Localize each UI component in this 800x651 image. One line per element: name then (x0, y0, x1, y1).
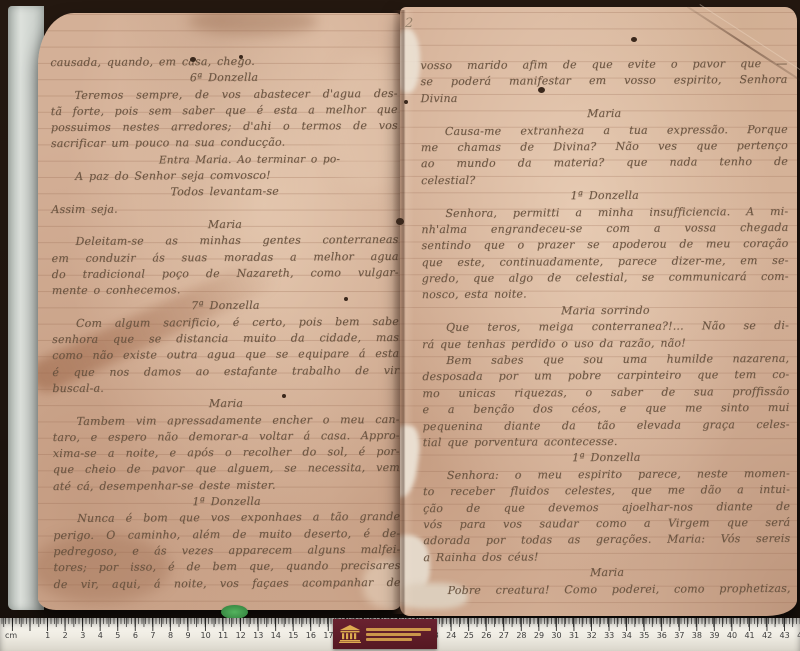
ruler-number: 12 (232, 631, 250, 640)
ruler-number: 15 (285, 631, 303, 640)
manuscript-line: em conduzir ás suas moradas a melhor agu… (52, 249, 399, 267)
ruler-number: 41 (741, 631, 759, 640)
manuscript-line: Que teros, meiga conterranea?!... Não se… (422, 318, 789, 337)
ruler-number: 9 (179, 631, 197, 640)
ruler-number: 37 (671, 631, 689, 640)
ruler-number: 1 (39, 631, 57, 640)
page-number: 2 (405, 16, 413, 31)
ruler-number: 25 (460, 631, 478, 640)
green-sticker (221, 605, 248, 619)
ruler-number: 36 (653, 631, 671, 640)
left-page-text: causada, quando, em casa, chego. 6ª Donz… (50, 53, 400, 593)
manuscript-line: do tradicional poço de Nazareth, como vu… (52, 265, 399, 283)
ruler-number: 24 (442, 631, 460, 640)
ruler-number: 34 (618, 631, 636, 640)
manuscript-line: se poderá manifestar em vosso espirito, … (420, 72, 787, 91)
logo-text-lines (366, 628, 431, 641)
ruler-number: 14 (267, 631, 285, 640)
manuscript-line: de vir, aqui, á noite, vos façaes acompa… (54, 574, 401, 592)
ruler-number: 4 (92, 631, 110, 640)
library-logo (333, 619, 437, 649)
manuscript-line: ao mundo da materia? que nada tenho de (421, 154, 788, 173)
right-page-text: vosso marido afim de que evite o pavor q… (420, 56, 790, 599)
manuscript-line: Deleitam-se as minhas gentes conterranea… (51, 232, 398, 250)
ruler-number: 29 (530, 631, 548, 640)
manuscript-line: que cheio de pavor que alguem, se necess… (53, 460, 400, 478)
manuscript-line: desposada por um pobre carpinteiro que t… (422, 367, 789, 386)
manuscript-right-page: 2 vosso marido afim de que evite o pavor… (400, 7, 797, 616)
ruler-number: 3 (74, 631, 92, 640)
torn-paper-patch (400, 29, 420, 93)
ruler-number: 32 (583, 631, 601, 640)
paper-stain (188, 13, 318, 35)
ruler-number: 11 (214, 631, 232, 640)
manuscript-line: adorada por todas as gerações. Maria: Vó… (423, 531, 790, 550)
manuscript-line: pequenina diante da tão elevada graça ce… (423, 416, 790, 435)
ruler-number: 30 (548, 631, 566, 640)
manuscript-line: e a benção dos céos, e que me sinto mui (422, 400, 789, 419)
ruler-number: 28 (513, 631, 531, 640)
manuscript-line: gredo, que algo de celestial, se communi… (422, 269, 789, 288)
ruler-number: 16 (302, 631, 320, 640)
manuscript-line: Pobre creatura! Como poderei, como proph… (424, 580, 791, 599)
ruler-number: 27 (495, 631, 513, 640)
manuscript-line: Teremos sempre, de vos abastecer d'agua … (51, 86, 398, 104)
ruler-number: 2 (56, 631, 74, 640)
ruler-number: 8 (162, 631, 180, 640)
manuscript-line: Nunca é bom que vos exponhaes a tão gran… (53, 509, 400, 527)
manuscript-line: sentindo que o prazer se apoderou de meu… (421, 236, 788, 255)
torn-paper-patch (400, 423, 423, 498)
ruler-number: 40 (723, 631, 741, 640)
ruler-unit-label: cm (5, 631, 17, 640)
manuscript-line: Tambem vim apressadamente encher o meu c… (53, 411, 400, 429)
ruler-number: 13 (249, 631, 267, 640)
ruler-number: 39 (706, 631, 724, 640)
ruler-number: 7 (144, 631, 162, 640)
measuring-ruler: cm 1 2 3 4 5 6 7 8 9 10 11 (0, 618, 800, 651)
manuscript-line: to receber fluidos celestes, que me dão … (423, 482, 790, 501)
ruler-number: 6 (127, 631, 145, 640)
ruler-number: 33 (600, 631, 618, 640)
ruler-number: 26 (478, 631, 496, 640)
ruler-number: 38 (688, 631, 706, 640)
manuscript-line: é que nos damos ao estafante trabalho de… (52, 363, 399, 381)
ruler-number: 44 (793, 631, 800, 640)
ruler-number: 43 (776, 631, 794, 640)
library-building-icon (339, 625, 361, 643)
manuscript-line: tores; por isso, é de bem que, quando pr… (53, 558, 400, 576)
scanned-manuscript-photo: causada, quando, em casa, chego. 6ª Donz… (0, 0, 800, 651)
manuscript-line: como não existe outra agua que se equipa… (52, 346, 399, 364)
ruler-number: 42 (758, 631, 776, 640)
ruler-number: 35 (635, 631, 653, 640)
manuscript-left-page: causada, quando, em casa, chego. 6ª Donz… (38, 13, 402, 610)
manuscript-line: perigo. O caminho, além de muito deserto… (53, 526, 400, 544)
ruler-number: 5 (109, 631, 127, 640)
ruler-number: 31 (565, 631, 583, 640)
manuscript-line: possuimos nestes arredores; d'ahi o term… (51, 118, 398, 136)
ruler-number: 10 (197, 631, 215, 640)
